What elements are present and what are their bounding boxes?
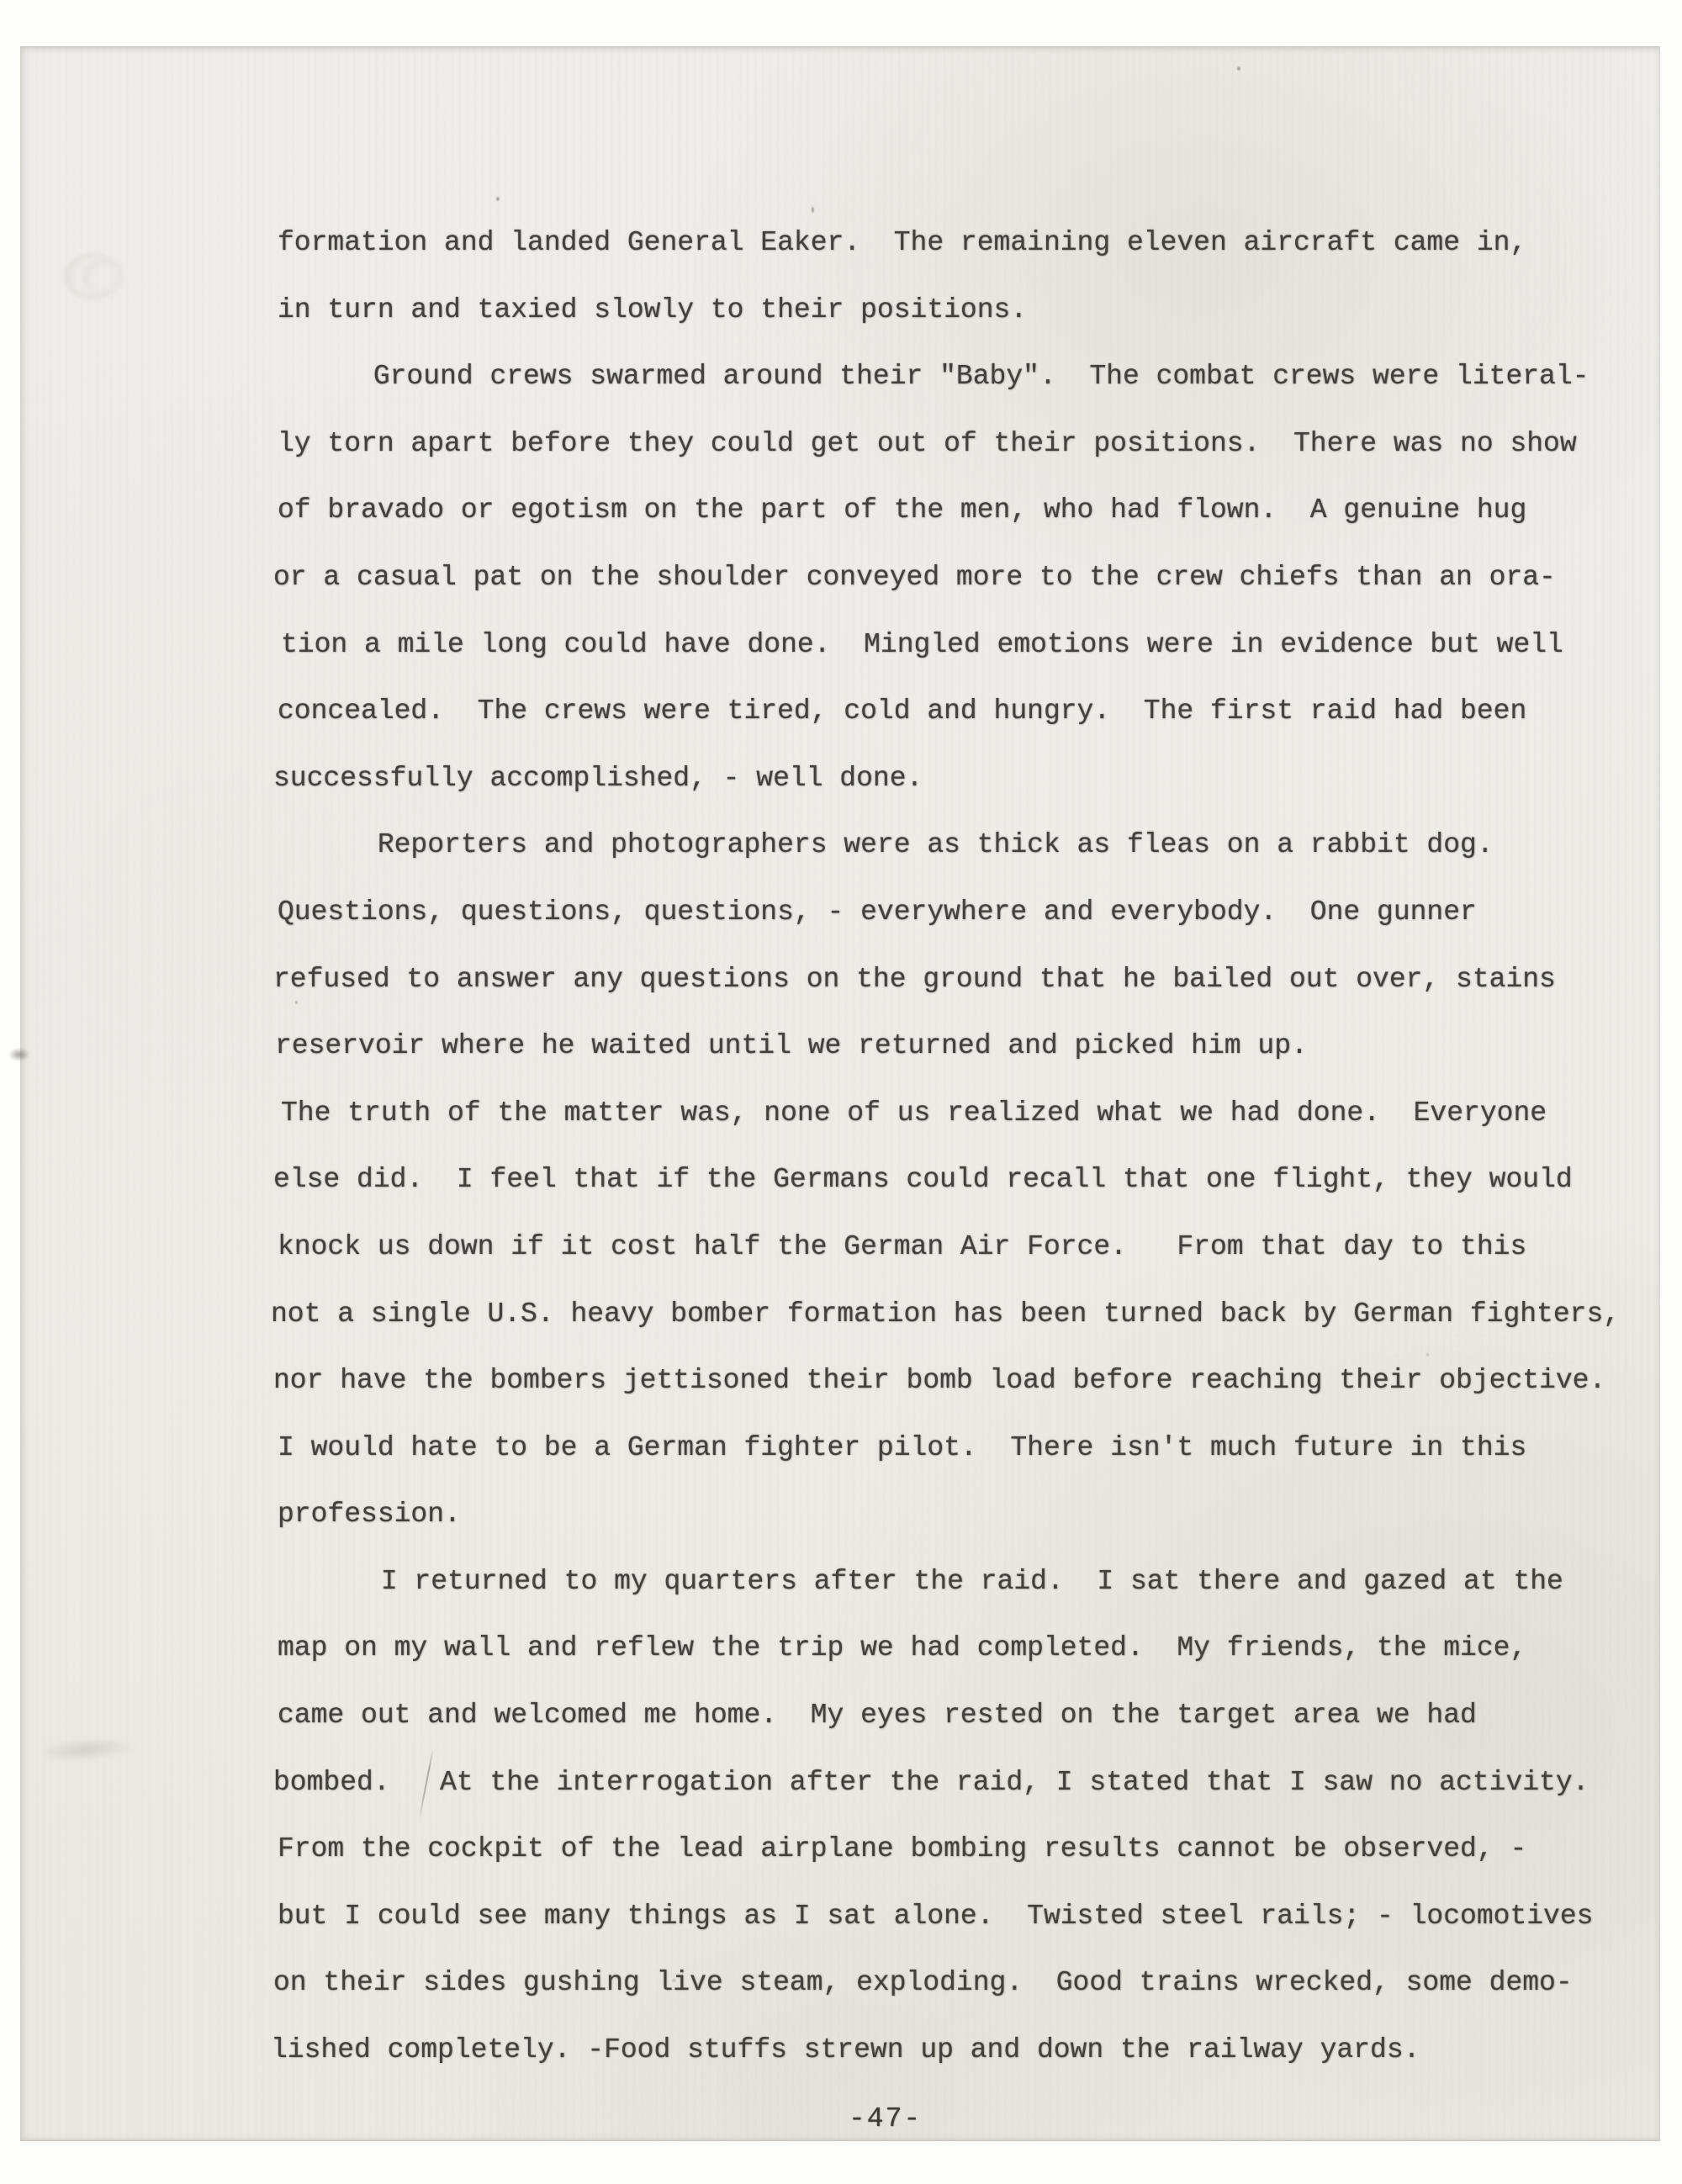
- typewritten-line: in turn and taxied slowly to their posit…: [20, 277, 1660, 344]
- typewritten-line: formation and landed General Eaker. The …: [20, 209, 1660, 277]
- typewritten-line: refused to answer any questions on the g…: [20, 946, 1660, 1013]
- typewritten-line: not a single U.S. heavy bomber formation…: [20, 1281, 1660, 1348]
- typewritten-line: lished completely. -Food stuffs strewn u…: [20, 2017, 1660, 2084]
- text-block: formation and landed General Eaker. The …: [20, 209, 1660, 2084]
- typewritten-line: but I could see many things as I sat alo…: [20, 1883, 1660, 1950]
- typewritten-line: ly torn apart before they could get out …: [20, 410, 1660, 478]
- paper-speck: [496, 197, 500, 201]
- typewritten-line: tion a mile long could have done. Mingle…: [20, 611, 1660, 679]
- typewritten-line: From the cockpit of the lead airplane bo…: [20, 1816, 1660, 1883]
- typewritten-line: Questions, questions, questions, - every…: [20, 879, 1660, 946]
- typewritten-line: or a casual pat on the shoulder conveyed…: [20, 544, 1660, 611]
- typewritten-line: knock us down if it cost half the German…: [20, 1214, 1660, 1281]
- paper-speck: [1237, 66, 1240, 71]
- typewritten-line: came out and welcomed me home. My eyes r…: [20, 1682, 1660, 1749]
- typewritten-line: reservoir where he waited until we retur…: [20, 1013, 1660, 1080]
- typewritten-line: nor have the bombers jettisoned their bo…: [20, 1347, 1660, 1415]
- typewritten-line: Ground crews swarmed around their "Baby"…: [20, 343, 1660, 410]
- typewritten-line: I would hate to be a German fighter pilo…: [20, 1415, 1660, 1482]
- typewritten-line: on their sides gushing live steam, explo…: [20, 1949, 1660, 2017]
- typewritten-line: of bravado or egotism on the part of the…: [20, 477, 1660, 544]
- page-number: -47-: [849, 2103, 922, 2134]
- typewritten-line: bombed. At the interrogation after the r…: [20, 1749, 1660, 1816]
- typewritten-line: Reporters and photographers were as thic…: [20, 812, 1660, 879]
- typewritten-line: concealed. The crews were tired, cold an…: [20, 678, 1660, 745]
- typewritten-line: The truth of the matter was, none of us …: [20, 1080, 1660, 1147]
- typewritten-line: successfully accomplished, - well done.: [20, 745, 1660, 812]
- typewritten-line: else did. I feel that if the Germans cou…: [20, 1146, 1660, 1214]
- typewritten-line: profession.: [20, 1481, 1660, 1548]
- typewritten-line: I returned to my quarters after the raid…: [20, 1548, 1660, 1616]
- document-page: formation and landed General Eaker. The …: [20, 46, 1660, 2141]
- scanned-document-screen: formation and landed General Eaker. The …: [0, 0, 1682, 2184]
- typewritten-line: map on my wall and reflew the trip we ha…: [20, 1615, 1660, 1682]
